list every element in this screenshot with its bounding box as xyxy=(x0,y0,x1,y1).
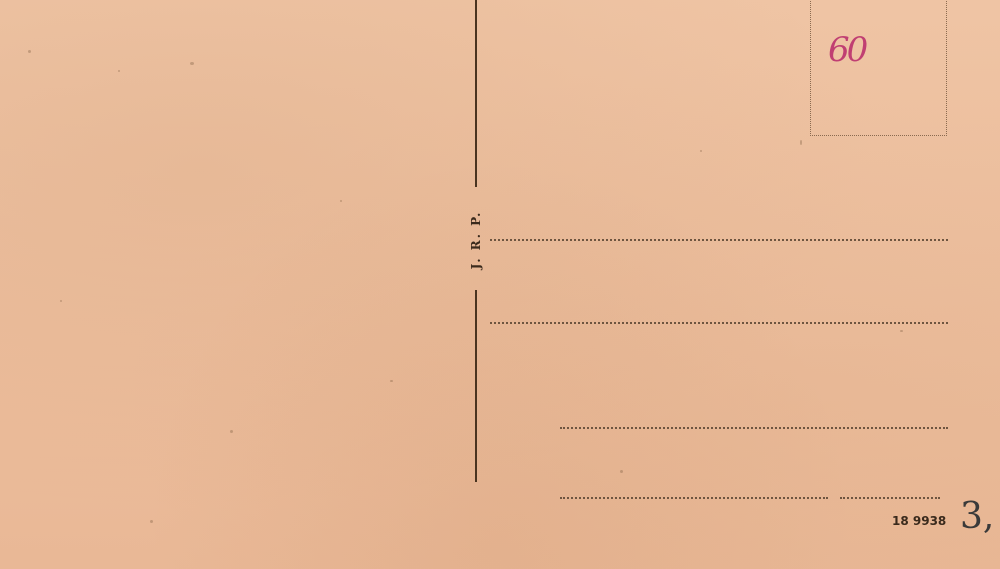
address-line-2 xyxy=(490,322,948,324)
address-line-1 xyxy=(490,239,948,241)
postcard-back: J. R. P. 60 18 9938 3, xyxy=(0,0,1000,569)
paper-speck xyxy=(118,70,120,72)
publisher-mark: J. R. P. xyxy=(469,211,483,270)
center-divider-bottom xyxy=(475,290,477,482)
paper-speck xyxy=(190,62,194,65)
paper-speck xyxy=(150,520,153,523)
paper-speck xyxy=(28,50,31,53)
paper-speck xyxy=(700,150,702,152)
print-code: 18 9938 xyxy=(892,514,946,528)
center-divider-top xyxy=(475,0,477,187)
paper-speck xyxy=(60,300,62,302)
paper-speck xyxy=(900,330,903,332)
handwritten-note: 3, xyxy=(960,496,994,537)
handwritten-price: 60 xyxy=(828,30,865,70)
address-line-3 xyxy=(560,427,948,429)
address-line-4-right xyxy=(840,497,940,499)
paper-speck xyxy=(340,200,342,202)
paper-speck xyxy=(230,430,233,433)
paper-speck xyxy=(620,470,623,473)
address-line-4-left xyxy=(560,497,828,499)
paper-speck xyxy=(390,380,393,382)
paper-speck xyxy=(800,140,802,145)
